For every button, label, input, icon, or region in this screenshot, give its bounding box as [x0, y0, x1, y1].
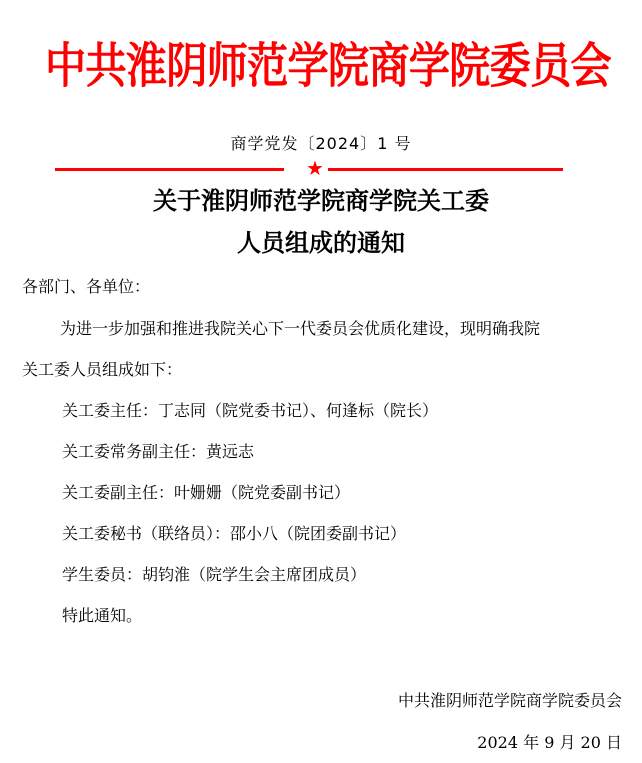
separator-line-right: [328, 168, 563, 171]
star-icon: ★: [304, 157, 326, 179]
intro-line1: 为进一步加强和推进我院关心下一代委员会优质化建设，现明确我院: [60, 317, 540, 341]
closing-text: 特此通知。: [62, 604, 142, 628]
document-number: 商学党发〔2024〕1 号: [0, 132, 642, 156]
signature-date: 2024 年 9 月 20 日: [477, 731, 622, 755]
salutation: 各部门、各单位：: [22, 275, 150, 299]
masthead-title: 中共淮阴师范学院商学院委员会: [45, 36, 597, 96]
member-executive-deputy: 关工委常务副主任：黄远志: [62, 440, 254, 464]
member-deputy: 关工委副主任：叶姗姗（院党委副书记）: [62, 481, 350, 505]
signature-organization: 中共淮阴师范学院商学院委员会: [398, 689, 622, 713]
notice-title-line2: 人员组成的通知: [0, 227, 642, 259]
separator-line-left: [55, 168, 284, 171]
notice-title-line1: 关于淮阴师范学院商学院关工委: [0, 185, 642, 217]
member-director: 关工委主任：丁志同（院党委书记）、何逢标（院长）: [62, 399, 438, 423]
member-secretary: 关工委秘书（联络员）：邵小八（院团委副书记）: [62, 522, 406, 546]
member-student: 学生委员：胡钧淮（院学生会主席团成员）: [62, 563, 366, 587]
intro-line2: 关工委人员组成如下：: [22, 358, 182, 382]
